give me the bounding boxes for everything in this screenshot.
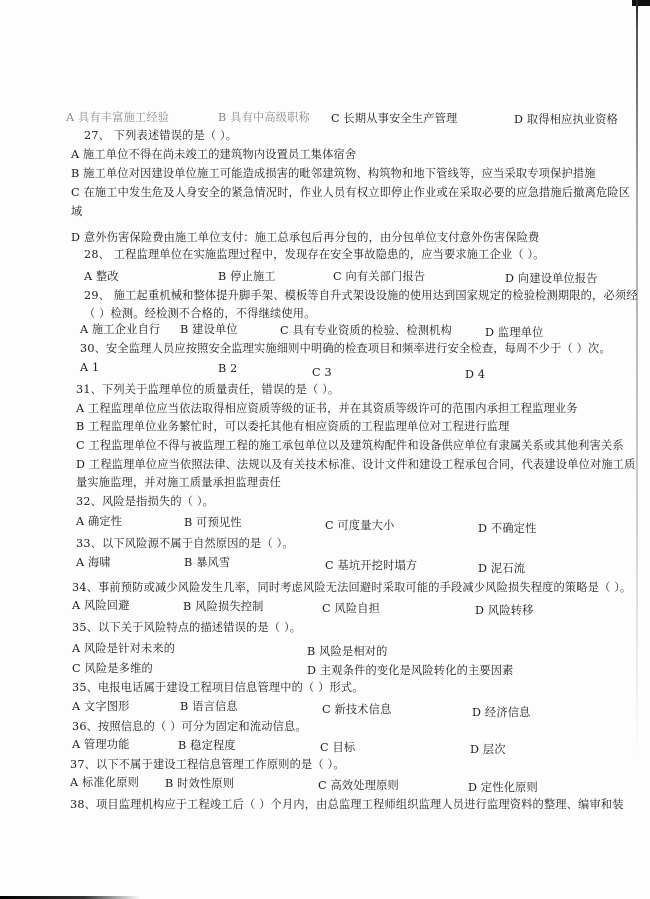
- q30-option-a: A 1: [80, 361, 99, 375]
- q31-option-d: D 工程监理单位应当依照法律、法规以及有关技术标准、设计文件和建设工程承包合同，…: [76, 458, 636, 472]
- q30-option-d: D 4: [465, 368, 485, 382]
- q36-option-a: A 管理功能: [72, 738, 130, 752]
- q32-stem: 32、风险是指损失的（ ）。: [76, 495, 214, 509]
- q33-option-d: D 泥石流: [478, 562, 525, 576]
- q30-stem: 30、安全监理人员应按照安全监理实施细则中明确的检查项目和频率进行安全检查，每周…: [80, 342, 611, 356]
- q29-stem: 29、 施工起重机械和整体提升脚手架、模板等自升式架设设施的使用达到国家规定的检…: [84, 289, 638, 303]
- q28-option-c: C 向有关部门报告: [333, 270, 425, 284]
- q35a-stem: 35、以下关于风险特点的描述错误的是（ ）。: [72, 621, 301, 635]
- q30-option-b: B 2: [218, 362, 238, 376]
- q32-option-a: A 确定性: [76, 515, 122, 529]
- q31-option-c: C 工程监理单位不得与被监理工程的施工承包单位以及建筑构配件和设备供应单位有隶属…: [76, 439, 624, 453]
- q34-option-a: A 风险回避: [72, 599, 130, 613]
- q31-option-a: A 工程监理单位应当依法取得相应资质等级的证书，并在其资质等级许可的范围内承担工…: [76, 402, 578, 416]
- q31-stem: 31、下列关于监理单位的质量责任，错误的是（ ）。: [76, 383, 339, 397]
- q35a-option-a: A 风险是针对未来的: [72, 642, 175, 656]
- q28-option-d: D 向建设单位报告: [505, 272, 598, 286]
- q29-option-b: B 建设单位: [180, 323, 238, 337]
- q31-option-b: B 工程监理单位业务繁忙时，可以委托其他有相应资质的工程监理单位对工程进行监理: [76, 420, 510, 434]
- q36-option-d: D 层次: [470, 743, 506, 757]
- q33-option-c: C 基坑开挖时塌方: [325, 559, 417, 573]
- q33-stem: 33、以下风险源不属于自然原因的是（ ）。: [76, 537, 294, 551]
- q29-option-d: D 监理单位: [485, 326, 543, 340]
- q33-option-b: B 暴风雪: [184, 556, 230, 570]
- q35a-option-b: B 风险是相对的: [307, 645, 388, 659]
- scan-edge-line: [636, 0, 638, 760]
- q32-option-b: B 可预见性: [184, 516, 242, 530]
- q37-option-c: C 高效处理原则: [318, 779, 399, 793]
- q34-stem: 34、事前预防或减少风险发生几率，同时考虑风险无法回避时采取可能的手段减少风险损…: [72, 581, 631, 595]
- q33-option-a: A 海啸: [76, 556, 111, 570]
- q28-option-b: B 停止施工: [218, 270, 276, 284]
- q30-option-c: C 3: [312, 366, 332, 380]
- q37-stem: 37、以下不属于建设工程信息管理工作原则的是（ ）。: [70, 758, 345, 772]
- q35b-option-b: B 语言信息: [180, 700, 238, 714]
- scanned-exam-page: A 具有丰富施工经验 B 具有中高级职称 C 长期从事安全生产管理 D 取得相应…: [0, 0, 650, 899]
- q27-option-b: B 施工单位对因建设单位施工可能造成损害的毗邻建筑物、构筑物和地下管线等，应当采…: [71, 167, 596, 181]
- q35b-option-a: A 文字图形: [72, 700, 130, 714]
- q35b-option-c: C 新技术信息: [322, 703, 391, 717]
- q29-option-c: C 具有专业资质的检验、检测机构: [280, 324, 452, 338]
- q34-option-b: B 风险损失控制: [183, 600, 264, 614]
- q29-stem-cont: （ ）检测。经检测不合格的，不得继续使用。: [84, 307, 316, 321]
- q27-option-a: A 施工单位不得在尚未竣工的建筑物内设置员工集体宿舍: [71, 148, 356, 162]
- q27-option-c: C 在施工中发生危及人身安全的紧急情况时，作业人员有权立即停止作业或在采取必要的…: [71, 186, 630, 200]
- q35a-option-d: D 主观条件的变化是风险转化的主要因素: [307, 664, 514, 678]
- q26-option-a: A 具有丰富施工经验: [66, 111, 169, 125]
- q29-option-a: A 施工企业自行: [80, 323, 160, 337]
- q38-stem: 38、项目监理机构应于工程竣工后（ ）个月内，由总监理工程师组织监理人员进行监理…: [70, 798, 624, 812]
- q37-option-b: B 时效性原则: [165, 777, 234, 791]
- q36-option-b: B 稳定程度: [178, 739, 236, 753]
- q26-option-b: B 具有中高级职称: [218, 111, 310, 125]
- scan-edge-corner: [632, 0, 650, 6]
- q27-stem: 27、 下列表述错误的是（ ）。: [84, 129, 237, 143]
- q36-stem: 36、按照信息的（ ）可分为固定和流动信息。: [72, 720, 307, 734]
- q36-option-c: C 目标: [320, 741, 355, 755]
- q27-option-d: D 意外伤害保险费由施工单位支付：施工总承包后再分包的，由分包单位支付意外伤害保…: [71, 231, 539, 245]
- q37-option-a: A 标准化原则: [70, 776, 139, 790]
- q32-option-d: D 不确定性: [478, 522, 536, 536]
- q35b-stem: 35、电报电话属于建设工程项目信息管理中的（ ）形式。: [72, 681, 364, 695]
- q26-option-c: C 长期从事安全生产管理: [331, 112, 457, 126]
- q31-option-d-cont: 量实施监理，并对施工质量承担监理责任: [76, 476, 281, 490]
- q34-option-d: D 风险转移: [475, 604, 533, 618]
- q26-option-d: D 取得相应执业资格: [514, 113, 618, 127]
- q34-option-c: C 风险自担: [322, 602, 380, 616]
- q35a-option-c: C 风险是多维的: [72, 662, 153, 676]
- q28-option-a: A 整改: [84, 270, 119, 284]
- q37-option-d: D 定性化原则: [468, 781, 538, 795]
- q32-option-c: C 可度量大小: [325, 519, 394, 533]
- q28-stem: 28、 工程监理单位在实施监理过程中，发现存在安全事故隐患的，应当要求施工企业（…: [84, 248, 545, 262]
- q27-option-c-cont: 域: [71, 205, 82, 219]
- q35b-option-d: D 经济信息: [472, 706, 530, 720]
